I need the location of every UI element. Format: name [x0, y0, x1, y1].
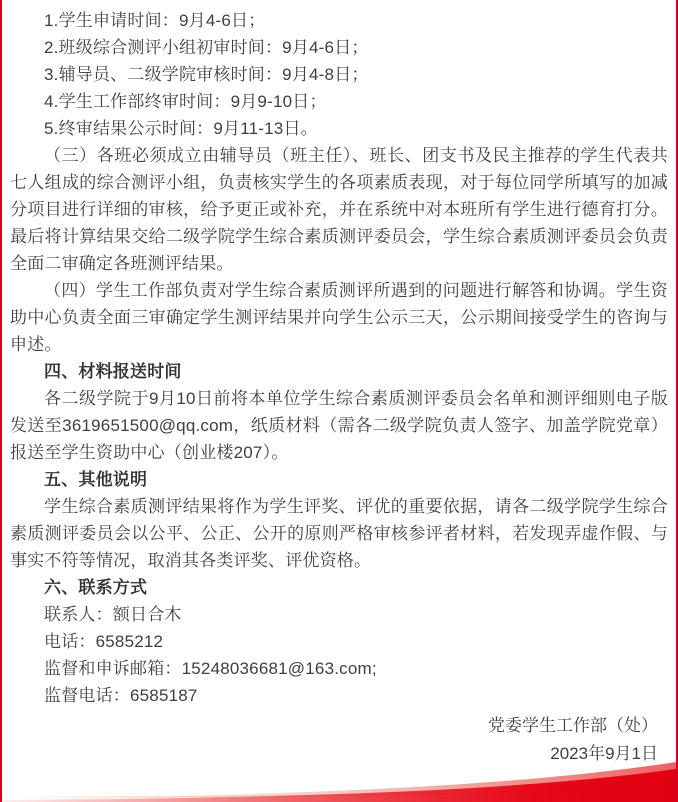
- section-heading-material-deadline: 四、材料报送时间: [10, 358, 668, 385]
- schedule-item: 4.学生工作部终审时间：9月9-10日；: [10, 88, 668, 115]
- schedule-item: 3.辅导员、二级学院审核时间：9月4-8日；: [10, 61, 668, 88]
- schedule-item: 2.班级综合测评小组初审时间：9月4-6日；: [10, 34, 668, 61]
- contact-person-line: 联系人：额日合木: [10, 601, 668, 628]
- paragraph-item-three: （三）各班必须成立由辅导员（班主任）、班长、团支书及民主推荐的学生代表共七人组成…: [10, 142, 668, 277]
- section-heading-contact: 六、联系方式: [10, 574, 668, 601]
- signature-block: 党委学生工作部（处） 2023年9月1日: [488, 712, 658, 768]
- section-heading-other-notes: 五、其他说明: [10, 466, 668, 493]
- schedule-item: 5.终审结果公示时间：9月11-13日。: [10, 115, 668, 142]
- schedule-item: 1.学生申请时间：9月4-6日；: [10, 7, 668, 34]
- document-body: 1.学生申请时间：9月4-6日； 2.班级综合测评小组初审时间：9月4-6日； …: [2, 0, 676, 709]
- section-body-other-notes: 学生综合素质测评结果将作为学生评奖、评优的重要依据，请各二级学院学生综合素质测评…: [10, 493, 668, 574]
- contact-supervision-phone-line: 监督电话：6585187: [10, 682, 668, 709]
- paragraph-item-four: （四）学生工作部负责对学生综合素质测评所遇到的问题进行解答和协调。学生资助中心负…: [10, 277, 668, 358]
- contact-phone-line: 电话：6585212: [10, 628, 668, 655]
- signature-department: 党委学生工作部（处）: [488, 712, 658, 740]
- notice-document-page: 1.学生申请时间：9月4-6日； 2.班级综合测评小组初审时间：9月4-6日； …: [0, 0, 678, 802]
- signature-date: 2023年9月1日: [488, 740, 658, 768]
- section-body-material-deadline: 各二级学院于9月10日前将本单位学生综合素质测评委员会名单和测评细则电子版发送至…: [10, 385, 668, 466]
- contact-email-line: 监督和申诉邮箱：15248036681@163.com;: [10, 655, 668, 682]
